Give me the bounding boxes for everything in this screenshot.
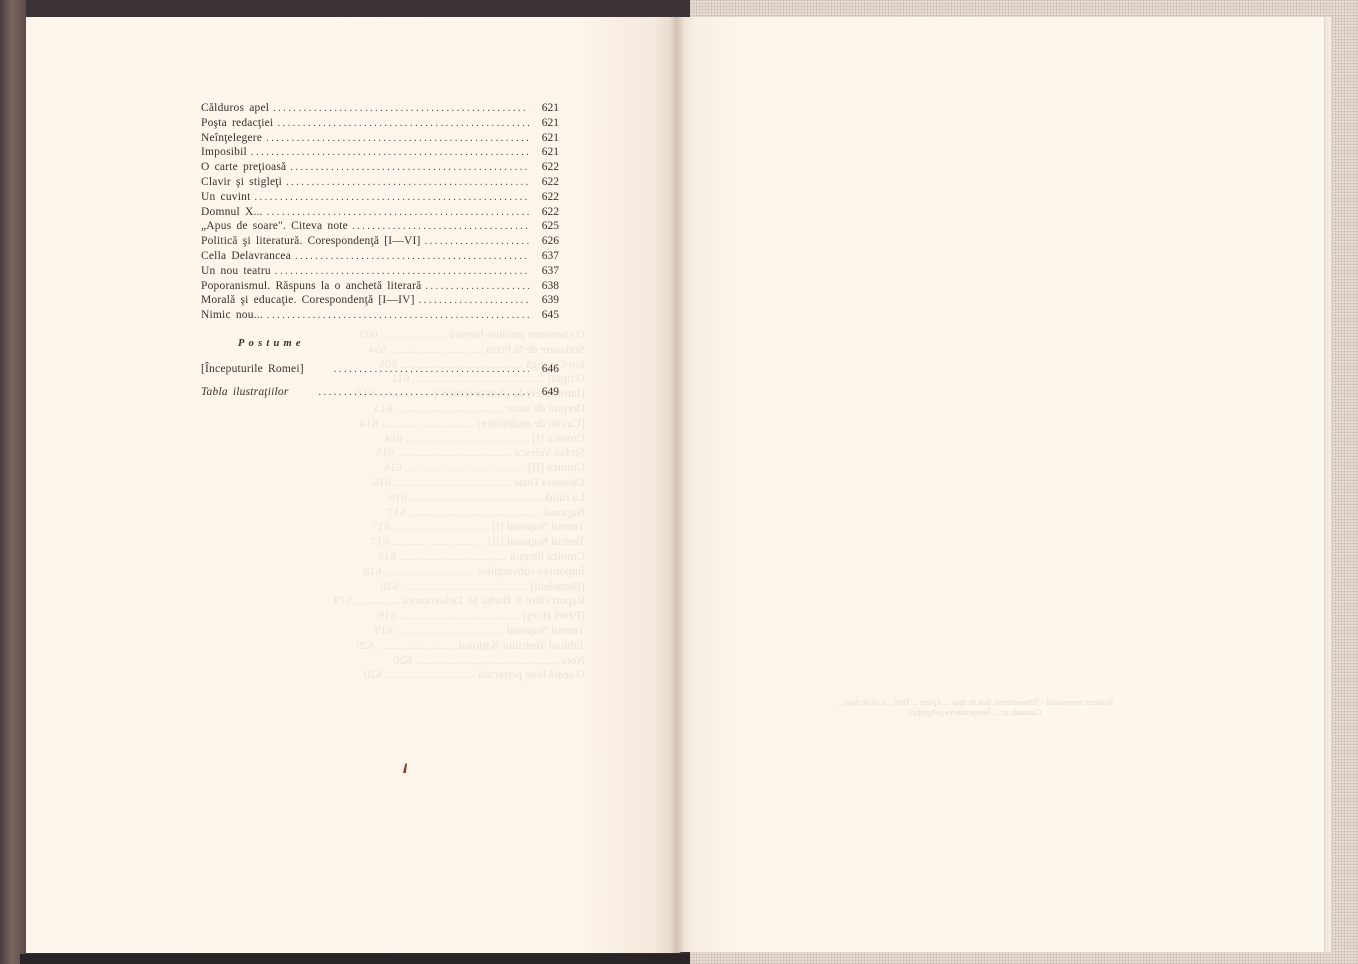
toc-entry: Clavir şi stigleţi 622: [201, 175, 559, 190]
table-of-contents: Călduros apel 621 Poşta redacţiei 621 Ne…: [201, 101, 559, 323]
dot-leader: [254, 191, 529, 206]
right-page-edge: [1324, 17, 1331, 952]
toc-entry-page: 622: [529, 160, 559, 175]
toc-entry: Domnul X... 622: [201, 205, 559, 220]
dot-leader: [275, 265, 529, 280]
toc-entry-title: [Începuturile Romei]: [201, 362, 334, 376]
toc-entry-title: Călduros apel: [201, 101, 273, 116]
toc-entry-title: Clavir şi stigleţi: [201, 175, 286, 190]
dot-leader: [277, 117, 529, 132]
dot-leader: [352, 220, 529, 235]
toc-entry: Un nou teatru 637: [201, 264, 559, 279]
dot-leader: [267, 309, 529, 324]
toc-entry-page: 639: [529, 293, 559, 308]
toc-entry-title: Un nou teatru: [201, 264, 275, 279]
toc-entry: Poporanismul. Răspuns la o anchetă liter…: [201, 279, 559, 294]
toc-entry: Cella Delavrancea 637: [201, 249, 559, 264]
toc-entry: Tabla ilustraţiilor 649: [201, 385, 559, 408]
toc-entry-title: „Apus de soare". Citeva note: [201, 219, 352, 234]
dot-leader: [334, 363, 529, 377]
toc-entry-page: 622: [529, 190, 559, 205]
dot-leader: [425, 235, 529, 250]
toc-entry-title: Morală şi educaţie. Corespondenţă [I—IV]: [201, 293, 419, 308]
toc-entry-title: Politică şi literatură. Corespondenţă [I…: [201, 234, 425, 249]
toc-entry-title: Cella Delavrancea: [201, 249, 295, 264]
toc-entry-page: 625: [529, 219, 559, 234]
toc-entry: Nimic nou... 645: [201, 308, 559, 323]
dot-leader: [290, 161, 529, 176]
toc-entry: Imposibil 621: [201, 145, 559, 160]
toc-entry-page: 622: [529, 205, 559, 220]
dot-leader: [273, 102, 529, 117]
book-gutter: [670, 17, 684, 953]
toc-entry-title: Poporanismul. Răspuns la o anchetă liter…: [201, 279, 425, 294]
toc-entry: Poşta redacţiei 621: [201, 116, 559, 131]
toc-entry-title: Tabla ilustraţiilor: [201, 385, 319, 399]
toc-entry-page: 626: [529, 234, 559, 249]
toc-entry-page: 621: [529, 101, 559, 116]
toc-entry-page: 621: [529, 116, 559, 131]
dot-leader: [267, 206, 529, 221]
toc-entry-title: O carte preţioasă: [201, 160, 290, 175]
toc-entry: Călduros apel 621: [201, 101, 559, 116]
dot-leader: [251, 146, 529, 161]
toc-entry: Neînţelegere 621: [201, 131, 559, 146]
book-spread-scene: O chestiune juridico-literară ..........…: [0, 0, 1358, 964]
right-page: [676, 17, 1326, 952]
toc-entry-title: Nimic nou...: [201, 308, 267, 323]
toc-entry-title: Imposibil: [201, 145, 251, 160]
dot-leader: [286, 176, 529, 191]
toc-entry-page: 621: [529, 145, 559, 160]
toc-entry-page: 645: [529, 308, 559, 323]
toc-entry-page: 621: [529, 131, 559, 146]
section-heading-postume: Postume: [238, 338, 305, 349]
postume-entries: [Începuturile Romei] 646 Tabla ilustraţi…: [201, 362, 559, 408]
dot-leader: [319, 386, 529, 400]
dot-leader: [425, 280, 529, 295]
toc-entry-page: 649: [529, 385, 559, 399]
toc-entry-page: 638: [529, 279, 559, 294]
toc-entry-page: 637: [529, 249, 559, 264]
toc-entry-page: 646: [529, 362, 559, 376]
toc-entry-title: Poşta redacţiei: [201, 116, 277, 131]
dot-leader: [295, 250, 529, 265]
toc-entry: Politică şi literatură. Corespondenţă [I…: [201, 234, 559, 249]
toc-entry: „Apus de soare". Citeva note 625: [201, 219, 559, 234]
toc-entry-title: Un cuvint: [201, 190, 254, 205]
toc-entry: Morală şi educaţie. Corespondenţă [I—IV]…: [201, 293, 559, 308]
toc-entry: Un cuvint 622: [201, 190, 559, 205]
toc-entry-title: Domnul X...: [201, 205, 267, 220]
toc-entry-page: 637: [529, 264, 559, 279]
dot-leader: [419, 294, 529, 309]
dot-leader: [266, 132, 529, 147]
toc-entry: O carte preţioasă 622: [201, 160, 559, 175]
toc-entry: [Începuturile Romei] 646: [201, 362, 559, 385]
book-cover-bottom-edge: [20, 954, 690, 964]
toc-entry-title: Neînţelegere: [201, 131, 266, 146]
table-edge: [0, 0, 26, 964]
toc-entry-page: 622: [529, 175, 559, 190]
